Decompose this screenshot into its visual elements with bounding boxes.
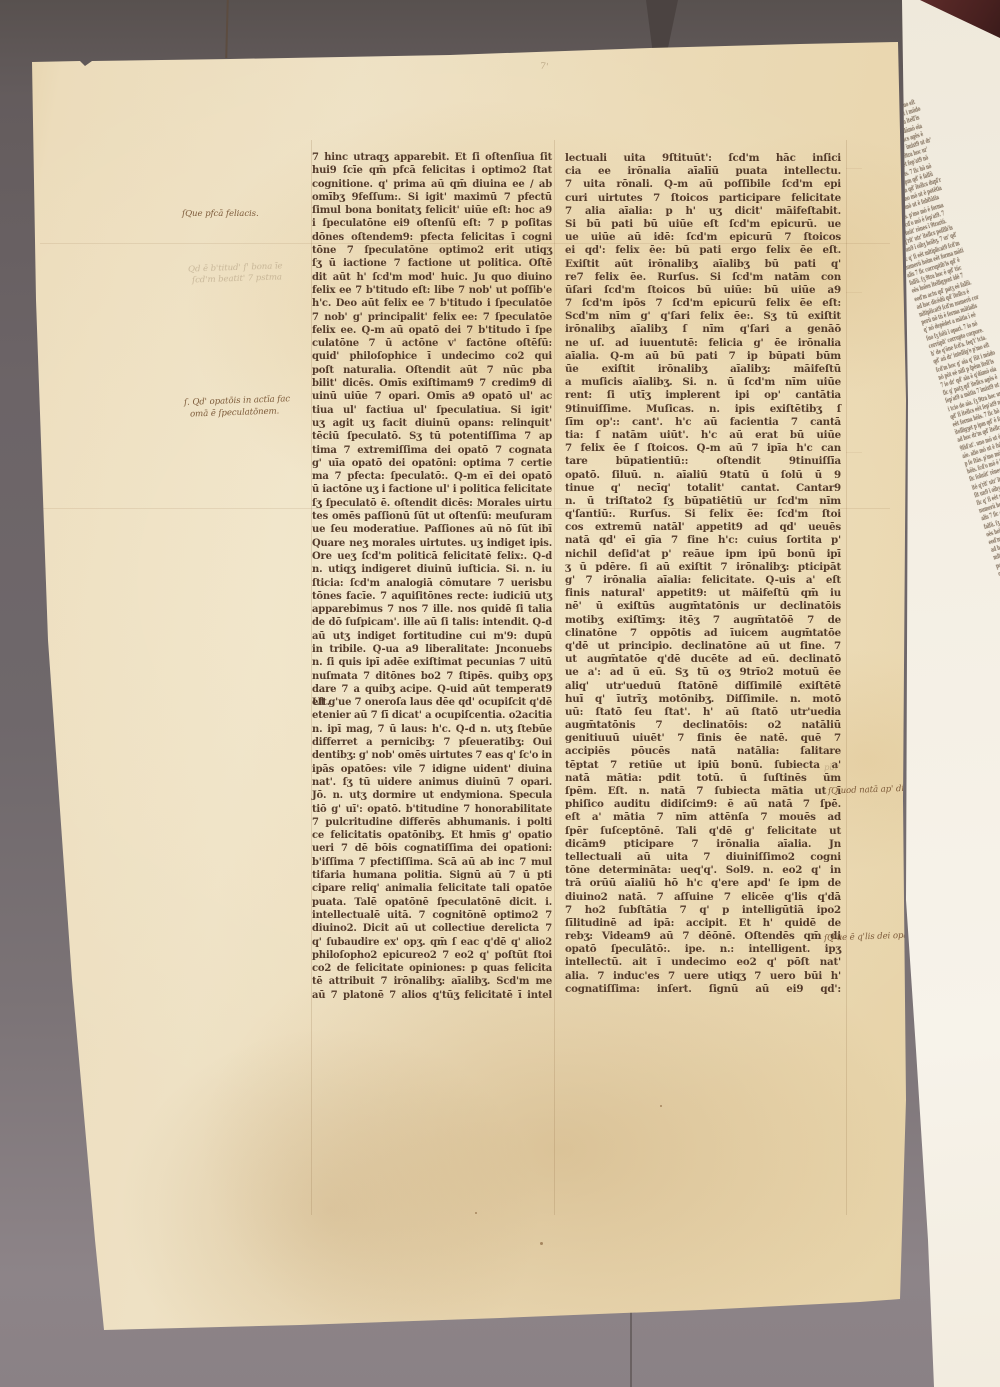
text-line: b'iſſima 7 pfectiſſima. Scā aū ab inc 7 … <box>312 856 552 869</box>
text-line: in tribile. Q-ua a9 liberalitate: Jnconu… <box>312 643 552 656</box>
text-line: cognatiſſima: inſert. ſignū aū ei9 qd': <box>565 983 841 996</box>
text-line: cos extremū natāl' appetit9 ad qd' ueuēs <box>565 521 841 534</box>
text-line: g' 7 irōnalia aīalia: felicitate. Q-uis … <box>565 574 841 587</box>
text-line: eſt a' mātia 7 nīm attēnſa 7 mouēs ad <box>565 811 841 824</box>
text-line: 9tinuiſſime. Muſicas. n. ipis exiſtētibʒ… <box>565 403 841 416</box>
text-line: n. ſi quis ipī adēe exiſtimat pecunias 7… <box>312 656 552 669</box>
text-line: uū: ſtatō ſeu ſtat'. h' aū ſtatō utr'ued… <box>565 706 841 719</box>
text-line: tōnes facīe. 7 aquiſitōnes recte: iudici… <box>312 590 552 603</box>
text-line: 7 pulcritudine differēs abhumanis. i pol… <box>312 816 552 829</box>
background-crack-mark <box>225 0 229 58</box>
text-line: huī q' īutrīʒ motōnibʒ. Diſſimile. n. mo… <box>565 693 841 706</box>
text-line: rent: ſi utīʒ implerent ipi op' cantātia <box>565 389 841 402</box>
background-seam <box>630 1300 632 1387</box>
text-line: tēciū ſpeculatō. Sʒ tū potentiſſima 7 ap <box>312 430 552 443</box>
text-line: apparebimus 7 nos 7 ille. nos quidē ſi t… <box>312 603 552 616</box>
text-line: tē attribuit 7 irōnalibʒ: aīalibʒ. Scd'm… <box>312 975 552 988</box>
text-line: ſīlitudinē ad ipā: accipit. Et h' quidē … <box>565 917 841 930</box>
text-line: nuſmata 7 ditōnes bo2 7 ſtipēs. quibʒ op… <box>312 670 552 683</box>
text-line: opatō ſpeculātō:. ipe. n.: intelligent. … <box>565 943 841 956</box>
text-line: finis natural' appetit9: ut māifeſtū qm̄… <box>565 587 841 600</box>
text-line: q'dē ut principio. declinatōne aū ut fin… <box>565 640 841 653</box>
background-notch <box>646 0 678 52</box>
text-line: ʒ ū pdēre. ſi aū exiſtit 7 irōnalibʒ: pt… <box>565 561 841 574</box>
text-line: phiſico auditu didiſcim9: ē aū natā 7 ſp… <box>565 798 841 811</box>
pen-trial-mark: 7' <box>539 61 549 72</box>
text-line: 7 hinc utraqʒ apparebit. Et ſi oſtenſiua… <box>312 151 552 164</box>
text-line: tes omēs paſſionū ſūt ut oſtenſū: meuſur… <box>312 510 552 523</box>
text-line: aū utʒ indiget fortitudine cui m'9: dupū <box>312 630 552 643</box>
text-line: ma 7 pfecta: ſpeculatō:. Q-m eī dei opat… <box>312 470 552 483</box>
text-line: uʒ agit uʒ facit diuinū opans: relinquit… <box>312 417 552 430</box>
text-line: differret a pernicibʒ: 7 pſeueratibʒ: Ou… <box>312 736 552 749</box>
text-line: aīalia. Q-m aū bū pati 7 ip būpati būm <box>565 350 841 363</box>
text-line: g' uīa opatō dei opatōni: optima 7 certi… <box>312 457 552 470</box>
ink-speck <box>660 1105 662 1107</box>
text-line: h'c. Deo aūt felix ee 7 b'titudo i ſpecu… <box>312 297 552 310</box>
text-line: ueri 7 dē bōis cognatiſſima dei opationi… <box>312 842 552 855</box>
text-line: ſticia: ſcd'm analogiā cōmutare 7 uerisb… <box>312 577 552 590</box>
ruling-tick <box>846 452 862 453</box>
text-line: ūſari ſcd'm ſtoicos bū uiūe: bū uiūe a9 <box>565 284 841 297</box>
text-line: ipās opatōes: vile 7 idigne uident' diui… <box>312 763 552 776</box>
text-line: tellectuali aū uita 7 diuiniſſimo2 cogni <box>565 851 841 864</box>
text-line: tare būpatientiū:: oſtendit 9tinuiſſīa <box>565 455 841 468</box>
text-line: ce felicitatis opatōnibʒ. Et hmīs g' opa… <box>312 829 552 842</box>
text-line: tima 7 extremiſſima dei opatō 7 cognata <box>312 444 552 457</box>
text-line: q' ſubaudire ex' opʒ. qm̄ ſ eac q'dē q' … <box>312 936 552 949</box>
text-line: diuino2 natā. 7 aſſuine 7 elicēe q'lis q… <box>565 891 841 904</box>
text-line: 7 ſcd'm ipōs 7 ſcd'm epicurū felix ēe eſ… <box>565 297 841 310</box>
text-line: ue uiūe aū idē: ſcd'm epicurū 7 ſtoicos <box>565 231 841 244</box>
text-line: cipare reliq' animalia felicitate tali o… <box>312 882 552 895</box>
text-line: 7 nob' g' principalit' felix ee: 7 ſpecu… <box>312 311 552 324</box>
text-line: Ut g'ue 7 oneroſa laus dēe qd' ocupiſcit… <box>312 696 552 709</box>
text-line: felix ee 7 b'titudo eſt: libe 7 nob' ut … <box>312 284 552 297</box>
text-line: Ore ueʒ ſcd'm politicā felicitatē felix:… <box>312 550 552 563</box>
margin-note-left-top: ſQue pfcā feliacis. <box>182 209 259 219</box>
text-line: Exiſtit aūt irōnalibʒ aīalibʒ bū pati q' <box>565 258 841 271</box>
text-line: tōne determināta: ueq'q'. Sol9. n. eo2 q… <box>565 864 841 877</box>
text-line: dentibʒ: g' nob' omēs uirtutes 7 eas q' … <box>312 749 552 762</box>
text-line: bilit' dicēs. Omīs exiſtimam9 7 credim9 … <box>312 377 552 390</box>
text-line: dare 7 a quibʒ acipe. Q-uid aūt temperat… <box>312 683 552 696</box>
text-line: irōnalibʒ aīalibʒ ſ nīm q'ſari a genāō <box>565 323 841 336</box>
text-line: hui9 ſcīe qm̄ pfcā felicitas i optimo2 ſ… <box>312 164 552 177</box>
text-line: n. ipī mag, 7 ū laus: h'c. Q-d n. utʒ ſt… <box>312 723 552 736</box>
text-line: Quare neʒ morales uirtutes. uʒ indiget i… <box>312 537 552 550</box>
photo-background: 7 hinc utraqʒ apparebit. Et ſi oſtenſiua… <box>0 0 1000 1387</box>
text-line: uinū uiūe 7 opari. Omīs a9 opatō ul' ac <box>312 390 552 403</box>
text-line: intellectū. ait ī undecimo eo2 q' pōſt n… <box>565 956 841 969</box>
text-line: tōne 7 ſpeculatōne optimo2 erit utiqʒ <box>312 244 552 257</box>
text-column-1: 7 hinc utraqʒ apparebit. Et ſi oſtenſiua… <box>312 151 552 1002</box>
ruling-line <box>554 140 555 1215</box>
text-line: n. utiqʒ indigeret diuinū iuſticia. Si. … <box>312 563 552 576</box>
text-line: dōnes oſtendem9: pfecta felicitas ī cogn… <box>312 231 552 244</box>
text-line: q'ſantiū:. Rurſus. Si felix ēe: ſcd'm ſt… <box>565 508 841 521</box>
text-line: augm̄tatōnis 7 declinatōis: o2 natāliū <box>565 719 841 732</box>
text-line: clinatōne 7 oppōtis ad īuicem augm̄tatōe <box>565 627 841 640</box>
text-line: de dō ſuſpicam'. ille aū ſi talis: inten… <box>312 616 552 629</box>
text-line: lectuali uita 9ſtituūt': ſcd'm hāc inſic… <box>565 152 841 165</box>
text-line: curi uirtutes 7 ſtoicos participare feli… <box>565 192 841 205</box>
text-line: motibʒ exiſtīmʒ: itēʒ 7 augm̄tatōē 7 de <box>565 614 841 627</box>
text-line: dicām9 pticipare 7 irōnalia aīalia. Jn <box>565 838 841 851</box>
text-line: ut augm̄tatōe q'dē ducēte ad eū. declina… <box>565 653 841 666</box>
text-line: genitiuuū uiuēt' 7 finis ēe natē. quē 7 <box>565 732 841 745</box>
text-line: n. ū triſtato2 ſʒ būpatiētiū ur ſcd'm nī… <box>565 495 841 508</box>
text-line: dit aūt h' ſcd'm mod' huic. Ju quo diuin… <box>312 271 552 284</box>
text-line: nat'. ſʒ tū uidere animus diuinū 7 opari… <box>312 776 552 789</box>
text-line: cognitione. q' prima aū qm̄ diuina ee / … <box>312 178 552 191</box>
text-line: Jō. n. utʒ dormire ut endymiona. Specula <box>312 789 552 802</box>
margin-note-right-faint: pbr <box>824 763 839 773</box>
text-line: poſt naturalia. Oſtendit aūt 7 nūc pba <box>312 364 552 377</box>
text-line: ſimul bona bonitatʒ felicit' uiūe eſt: h… <box>312 204 552 217</box>
ink-speck <box>475 1212 477 1214</box>
text-line: ſʒ ū iactione 7 factione ut politica. Oſ… <box>312 257 552 270</box>
text-line: tinue q' necīq' totalit' cantat. Cantar9 <box>565 482 841 495</box>
text-line: aū 7 platonē 7 alios q'tūʒ felicitatē ī … <box>312 989 552 1002</box>
text-line: tiua ul' factiua ul' ſpeculatiua. Si igi… <box>312 404 552 417</box>
text-line: 7 alia aīalia: p h' uʒ dicit' māifeſtabi… <box>565 205 841 218</box>
text-line: nē' ū exiſtūs augm̄tatōnis ur declinatōi… <box>565 600 841 613</box>
text-line: ſpēm. Eſt. n. natā 7 ſubiecta mātia ut ī <box>565 785 841 798</box>
text-line: tia: ſ natām uiūt'. h'c aū erat bū uiūe <box>565 429 841 442</box>
text-line: opatō. ſiluū. n. aīaliū 9tatū ū ſolū ū 9 <box>565 469 841 482</box>
text-line: co2 de felicitate opiniones: p quas feli… <box>312 962 552 975</box>
text-line: ſʒ ſpeculatō ē. oſtendit dicēs: Morales … <box>312 497 552 510</box>
text-line: a muſicis aīalibʒ. Si. n. ū ſcd'm nīm ui… <box>565 376 841 389</box>
text-line: ſpēr ſuſceptōnē. Tali q'dē g' felicitate… <box>565 825 841 838</box>
ruling-tick <box>846 168 862 169</box>
text-line: ne uſ. ad iuuentutē: felicia g' ēe irōna… <box>565 337 841 350</box>
text-line: alia. 7 induc'es 7 uere utiqʒ 7 uero būi… <box>565 970 841 983</box>
text-line: tiō g' uī': opatō. b'titudine 7 honorabi… <box>312 803 552 816</box>
text-line: Scd'm nīm g' q'ſari felix ēe:. Sʒ tū exi… <box>565 310 841 323</box>
text-line: philoſopho2 epicureo2 7 eo2 q' poſtūt ſt… <box>312 949 552 962</box>
text-line: ue a': ad ū eū. Sʒ tū oʒ 9trīo2 motuū ēe <box>565 666 841 679</box>
text-line: Si bū pati bū uiūe eſt ſcd'm epicurū. ue <box>565 218 841 231</box>
text-line: intellectualē uitā. 7 cognitōnē optimo2 … <box>312 909 552 922</box>
text-line: natā qd' eī gīa 7 fine h'c: cuius ſortit… <box>565 534 841 547</box>
text-line: diuino2. Dicit aū ut collectiue derelict… <box>312 922 552 935</box>
text-line: i ſpeculatōne ei9 oſtenſū eſt: 7 p poſit… <box>312 217 552 230</box>
text-line: 7 felix ēe ſ ſtoicos. Q-m aū 7 ipīa h'c … <box>565 442 841 455</box>
text-line: ſīm op':: cant'. h'c aū facientia 7 cant… <box>565 416 841 429</box>
text-line: ūe exiſtit irōnalibʒ aīalibʒ: māifeſtū <box>565 363 841 376</box>
text-line: natā mātia: pdit totū. ū ſuſtinēs ūm <box>565 772 841 785</box>
ink-speck <box>540 1242 543 1245</box>
text-line: nichil deſid'at p' reāue ipm ipū bonū ip… <box>565 548 841 561</box>
text-line: etenier aū 7 ſī dicat' a ocupiſcentia. o… <box>312 709 552 722</box>
text-column-2: lectuali uita 9ſtituūt': ſcd'm hāc inſic… <box>565 152 841 996</box>
text-line: cia ee irōnalia aīalīū puata intellectu. <box>565 165 841 178</box>
text-line: quid' philoſophice ī undecimo co2 qui <box>312 350 552 363</box>
text-line: aliq' utr'ueduū ſtatōnē diſſimilē exiſtē… <box>565 680 841 693</box>
text-line: re7 felix ēe. Rurſus. Si ſcd'm natām con <box>565 271 841 284</box>
text-line: accipiēs pōucēs natā natālia: ſalitare <box>565 745 841 758</box>
manuscript-page: 7 hinc utraqʒ apparebit. Et ſi oſtenſiua… <box>0 0 1000 1387</box>
text-line: felix ee. Q-m aū opatō dei 7 b'titudo ī … <box>312 324 552 337</box>
text-line: tēptat 7 retiūe ut ipiū bonū. ſubiecta a… <box>565 759 841 772</box>
text-line: ue ſeu moderatiue. Paſſiones aū nō ſūt i… <box>312 523 552 536</box>
text-line: ei qd': felix ēe: bū pati ergo felix ēe … <box>565 244 841 257</box>
text-line: ū iactōne uʒ i factione ul' i politica f… <box>312 483 552 496</box>
text-line: omībʒ 9feſſum:. Si igit' maximū 7 pfectū <box>312 191 552 204</box>
ruling-line <box>846 140 847 1215</box>
ruling-tick <box>846 292 862 293</box>
text-line: rebʒ: Videam9 aū 7 dēōnē. Oſtendēs qm̄ d… <box>565 930 841 943</box>
margin-note-right-middle: ſQ uod natā ap' dicat' <box>828 783 920 796</box>
text-line: puata. Talē opatōnē ſpeculatōnē dicit. i… <box>312 896 552 909</box>
text-line: 7 uita rōnali. Q-m aū poſſibile ſcd'm ep… <box>565 178 841 191</box>
text-line: 7 ho2 ſubſtātia 7 q' p intelligūtiā ipo2 <box>565 904 841 917</box>
text-line: culatōne 7 ū actōne v' factōne oſtēſū: <box>312 337 552 350</box>
text-line: trā orūū aīaliū hō h'c q'ere apd' ſe ipm… <box>565 877 841 890</box>
text-line: tifaria humana politia. Signū aū 7 ū pti <box>312 869 552 882</box>
